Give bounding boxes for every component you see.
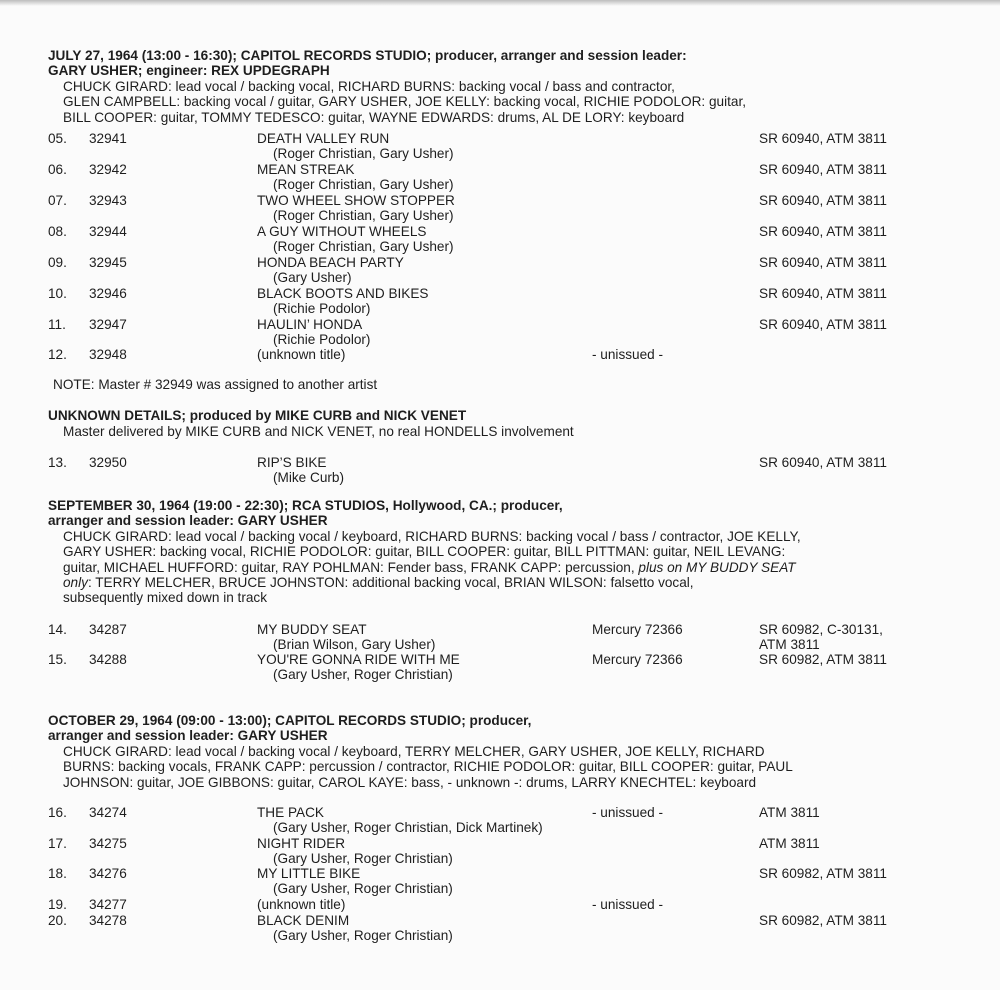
session-october-29-1964: OCTOBER 29, 1964 (09:00 - 13:00); CAPITO… [48,713,948,790]
personnel-line: GARY USHER: backing vocal, RICHIE PODOLO… [63,544,948,559]
track-row: 06.32942MEAN STREAK(Roger Christian, Gar… [48,162,948,194]
track-number: 14. [48,622,67,637]
track-row: 13.32950RIP’S BIKE(Mike Curb)SR 60940, A… [48,455,948,487]
track-writers: (Roger Christian, Gary Usher) [273,146,454,161]
session-note: NOTE: Master # 32949 was assigned to ano… [48,377,948,392]
personnel-line: subsequently mixed down in track [63,590,948,605]
master-number: 34277 [89,897,127,912]
track-row: 16.34274THE PACK(Gary Usher, Roger Chris… [48,805,948,837]
master-number: 32945 [89,255,127,270]
album-release: SR 60940, ATM 3811 [759,255,887,270]
personnel-text: guitar, MICHAEL HUFFORD: guitar, RAY POH… [63,560,638,575]
personnel-italic-note: only [63,575,88,590]
personnel-italic-note: plus on MY BUDDY SEAT [638,560,795,575]
track-row: 10.32946BLACK BOOTS AND BIKES(Richie Pod… [48,286,948,318]
single-release: - unissued - [592,347,663,362]
master-number: 32941 [89,131,127,146]
album-release: SR 60940, ATM 3811 [759,224,887,239]
album-release-line: SR 60940, ATM 3811 [759,286,887,301]
track-row: 11.32947HAULIN’ HONDA(Richie Podolor)SR … [48,317,948,349]
track-title: NIGHT RIDER [257,836,345,851]
track-row: 12.32948(unknown title)- unissued - [48,347,948,379]
session-heading-line: GARY USHER; engineer: REX UPDEGRAPH [48,63,948,78]
track-title: BLACK DENIM [257,913,349,928]
master-number: 34287 [89,622,127,637]
session-heading-line: OCTOBER 29, 1964 (09:00 - 13:00); CAPITO… [48,713,948,728]
master-number: 32946 [89,286,127,301]
single-release: Mercury 72366 [592,652,683,667]
track-title: YOU'RE GONNA RIDE WITH ME [257,652,460,667]
track-writers: (Gary Usher, Roger Christian) [273,851,453,866]
album-release-line: ATM 3811 [759,836,820,851]
album-release-line: SR 60940, ATM 3811 [759,224,887,239]
track-row: 20.34278BLACK DENIM(Gary Usher, Roger Ch… [48,913,948,945]
track-row: 18.34276MY LITTLE BIKE(Gary Usher, Roger… [48,866,948,898]
album-release: SR 60982, C-30131,ATM 3811 [759,622,883,652]
session-personnel: Master delivered by MIKE CURB and NICK V… [48,424,948,439]
personnel-line: Master delivered by MIKE CURB and NICK V… [63,424,948,439]
session-heading-line: arranger and session leader: GARY USHER [48,513,948,528]
album-release-line: SR 60982, C-30131, [759,622,883,637]
track-writers: (Gary Usher, Roger Christian) [273,928,453,943]
album-release: SR 60940, ATM 3811 [759,317,887,332]
personnel-line: BILL COOPER: guitar, TOMMY TEDESCO: guit… [63,110,948,125]
session-heading-line: JULY 27, 1964 (13:00 - 16:30); CAPITOL R… [48,48,948,63]
master-number: 34276 [89,866,127,881]
track-writers: (Gary Usher, Roger Christian) [273,667,453,682]
master-number: 34278 [89,913,127,928]
personnel-text: TERRY MELCHER, BRUCE JOHNSTON: additiona… [95,575,693,590]
personnel-line: CHUCK GIRARD: lead vocal / backing vocal… [63,744,948,759]
track-title: (unknown title) [257,347,345,362]
single-release: Mercury 72366 [592,622,683,637]
track-number: 15. [48,652,67,667]
single-release: - unissued - [592,897,663,912]
track-number: 13. [48,455,67,470]
session-heading-line: SEPTEMBER 30, 1964 (19:00 - 22:30); RCA … [48,498,948,513]
session-heading: SEPTEMBER 30, 1964 (19:00 - 22:30); RCA … [48,498,948,528]
album-release-line: SR 60982, ATM 3811 [759,866,887,881]
track-row: 09.32945HONDA BEACH PARTY(Gary Usher)SR … [48,255,948,287]
album-release-line: ATM 3811 [759,637,883,652]
track-title: RIP’S BIKE [257,455,327,470]
track-number: 20. [48,913,67,928]
track-number: 10. [48,286,67,301]
session-personnel: CHUCK GIRARD: lead vocal / backing vocal… [48,744,948,790]
session-personnel: CHUCK GIRARD: lead vocal / backing vocal… [48,79,948,125]
personnel-line: CHUCK GIRARD: lead vocal / backing vocal… [63,79,948,94]
album-release: SR 60982, ATM 3811 [759,866,887,881]
track-row: 15.34288YOU'RE GONNA RIDE WITH ME(Gary U… [48,652,948,684]
session-heading: JULY 27, 1964 (13:00 - 16:30); CAPITOL R… [48,48,948,78]
master-number: 32950 [89,455,127,470]
track-writers: (Roger Christian, Gary Usher) [273,239,454,254]
album-release: SR 60940, ATM 3811 [759,162,887,177]
track-title: HAULIN’ HONDA [257,317,362,332]
personnel-line: JOHNSON: guitar, JOE GIBBONS: guitar, CA… [63,775,948,790]
master-number: 32943 [89,193,127,208]
master-note: NOTE: Master # 32949 was assigned to ano… [48,377,948,392]
track-title: MY LITTLE BIKE [257,866,360,881]
track-number: 07. [48,193,67,208]
track-row: 17.34275NIGHT RIDER(Gary Usher, Roger Ch… [48,836,948,868]
track-title: HONDA BEACH PARTY [257,255,404,270]
single-release: - unissued - [592,805,663,820]
track-title: MY BUDDY SEAT [257,622,367,637]
master-number: 34274 [89,805,127,820]
track-number: 19. [48,897,67,912]
session-personnel: CHUCK GIRARD: lead vocal / backing vocal… [48,529,948,605]
album-release-line: SR 60982, ATM 3811 [759,913,887,928]
track-number: 05. [48,131,67,146]
track-title: THE PACK [257,805,324,820]
track-title: A GUY WITHOUT WHEELS [257,224,426,239]
track-number: 17. [48,836,67,851]
track-writers: (Brian Wilson, Gary Usher) [273,637,435,652]
track-title: DEATH VALLEY RUN [257,131,389,146]
session-september-30-1964: SEPTEMBER 30, 1964 (19:00 - 22:30); RCA … [48,498,948,605]
track-writers: (Gary Usher, Roger Christian) [273,881,453,896]
album-release-line: SR 60940, ATM 3811 [759,255,887,270]
album-release-line: SR 60940, ATM 3811 [759,193,887,208]
track-row: 05.32941DEATH VALLEY RUN(Roger Christian… [48,131,948,163]
master-number: 32942 [89,162,127,177]
session-heading: OCTOBER 29, 1964 (09:00 - 13:00); CAPITO… [48,713,948,743]
album-release: SR 60940, ATM 3811 [759,455,887,470]
session-unknown-details: UNKNOWN DETAILS; produced by MIKE CURB a… [48,408,948,439]
album-release: SR 60940, ATM 3811 [759,286,887,301]
album-release-line: SR 60940, ATM 3811 [759,317,887,332]
album-release: SR 60982, ATM 3811 [759,652,887,667]
track-title: BLACK BOOTS AND BIKES [257,286,429,301]
album-release: ATM 3811 [759,836,820,851]
master-number: 32944 [89,224,127,239]
track-title: TWO WHEEL SHOW STOPPER [257,193,455,208]
track-title: MEAN STREAK [257,162,354,177]
album-release: ATM 3811 [759,805,820,820]
personnel-line: CHUCK GIRARD: lead vocal / backing vocal… [63,529,948,544]
master-number: 32948 [89,347,127,362]
track-number: 16. [48,805,67,820]
track-number: 08. [48,224,67,239]
page-edge-shadow [0,0,1000,6]
track-number: 11. [48,317,66,332]
track-number: 06. [48,162,67,177]
personnel-line: only: TERRY MELCHER, BRUCE JOHNSTON: add… [63,575,948,590]
album-release-line: ATM 3811 [759,805,820,820]
master-number: 34275 [89,836,127,851]
album-release: SR 60982, ATM 3811 [759,913,887,928]
album-release-line: SR 60940, ATM 3811 [759,131,887,146]
track-writers: (Gary Usher) [273,270,352,285]
album-release: SR 60940, ATM 3811 [759,193,887,208]
track-writers: (Roger Christian, Gary Usher) [273,208,454,223]
album-release-line: SR 60940, ATM 3811 [759,162,887,177]
track-title: (unknown title) [257,897,345,912]
track-number: 12. [48,347,67,362]
personnel-line: BURNS: backing vocals, FRANK CAPP: percu… [63,759,948,774]
track-writers: (Richie Podolor) [273,332,370,347]
album-release-line: SR 60982, ATM 3811 [759,652,887,667]
track-number: 18. [48,866,67,881]
track-writers: (Richie Podolor) [273,301,370,316]
master-number: 32947 [89,317,127,332]
album-release: SR 60940, ATM 3811 [759,131,887,146]
album-release-line: SR 60940, ATM 3811 [759,455,887,470]
personnel-line: GLEN CAMPBELL: backing vocal / guitar, G… [63,94,948,109]
track-row: 14.34287MY BUDDY SEAT(Brian Wilson, Gary… [48,622,948,654]
session-heading: UNKNOWN DETAILS; produced by MIKE CURB a… [48,408,948,423]
master-number: 34288 [89,652,127,667]
track-writers: (Gary Usher, Roger Christian, Dick Marti… [273,820,543,835]
track-writers: (Roger Christian, Gary Usher) [273,177,454,192]
session-july-27-1964: JULY 27, 1964 (13:00 - 16:30); CAPITOL R… [48,48,948,125]
track-row: 07.32943TWO WHEEL SHOW STOPPER(Roger Chr… [48,193,948,225]
track-writers: (Mike Curb) [273,470,344,485]
track-row: 08.32944A GUY WITHOUT WHEELS(Roger Chris… [48,224,948,256]
personnel-line: guitar, MICHAEL HUFFORD: guitar, RAY POH… [63,560,948,575]
session-heading-line: arranger and session leader: GARY USHER [48,728,948,743]
track-number: 09. [48,255,67,270]
